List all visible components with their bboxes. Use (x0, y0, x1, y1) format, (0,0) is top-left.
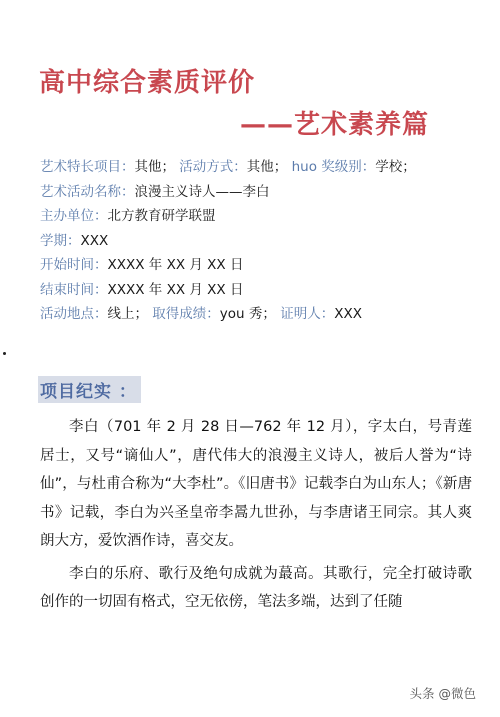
label-organizer: 主办单位： (40, 208, 108, 224)
paragraph: 李白（701 年 2 月 28 日—762 年 12 月），字太白，号青莲居士，… (40, 413, 472, 556)
info-line-location: 活动地点：线上； 取得成绩：you 秀； 证明人：XXX (40, 302, 480, 327)
label-art-specialty: 艺术特长项目： (40, 159, 135, 175)
label-result: 取得成绩： (152, 306, 220, 322)
value-organizer: 北方教育研学联盟 (108, 208, 216, 224)
activity-info: 艺术特长项目：其他； 活动方式：其他； huo 奖级别：学校； 艺术活动名称：浪… (40, 155, 480, 327)
value-award-level: 学校； (375, 159, 416, 175)
label-semester: 学期： (40, 233, 81, 249)
label-activity-mode: 活动方式： (179, 159, 247, 175)
label-end-time: 结束时间： (40, 282, 108, 298)
info-line-organizer: 主办单位：北方教育研学联盟 (40, 204, 480, 229)
value-art-specialty: 其他； (135, 159, 176, 175)
value-result: you 秀； (220, 306, 276, 322)
value-activity-mode: 其他； (247, 159, 288, 175)
body-text: 李白（701 年 2 月 28 日—762 年 12 月），字太白，号青莲居士，… (40, 413, 472, 621)
label-start-time: 开始时间： (40, 257, 108, 273)
label-location: 活动地点： (40, 306, 108, 322)
value-end-time: XXXX 年 XX 月 XX 日 (108, 282, 244, 298)
info-line-project: 艺术特长项目：其他； 活动方式：其他； huo 奖级别：学校； (40, 155, 480, 180)
value-semester: XXX (81, 233, 109, 249)
label-activity-name: 艺术活动名称： (40, 184, 135, 200)
label-witness: 证明人： (280, 306, 334, 322)
value-witness: XXX (334, 306, 362, 322)
section-heading: 项目纪实 ： (38, 376, 141, 403)
value-activity-name: 浪漫主义诗人——李白 (135, 184, 270, 200)
stray-dot (3, 352, 6, 355)
watermark: 头条 @微色 (410, 684, 476, 702)
info-line-start-time: 开始时间：XXXX 年 XX 月 XX 日 (40, 253, 480, 278)
value-location: 线上； (108, 306, 149, 322)
info-line-semester: 学期：XXX (40, 229, 480, 254)
info-line-activity-name: 艺术活动名称：浪漫主义诗人——李白 (40, 180, 480, 205)
paragraph: 李白的乐府、歌行及绝句成就为蕞高。其歌行，完全打破诗歌创作的一切固有格式，空无依… (40, 560, 472, 617)
value-start-time: XXXX 年 XX 月 XX 日 (108, 257, 244, 273)
label-award-level: huo 奖级别： (292, 159, 376, 175)
document-subtitle: ——艺术素养篇 (240, 104, 429, 141)
info-line-end-time: 结束时间：XXXX 年 XX 月 XX 日 (40, 278, 480, 303)
document-title: 高中综合素质评价 (39, 62, 255, 99)
